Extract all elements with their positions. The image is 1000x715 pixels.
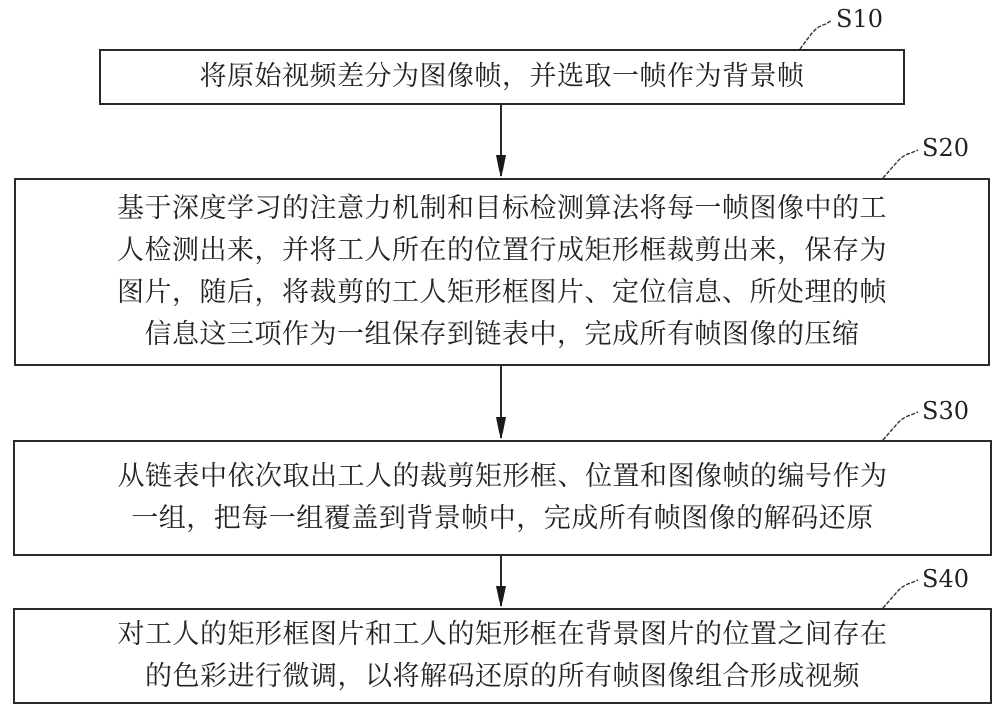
step-text-s10: 将原始视频差分为图像帧，并选取一帧作为背景帧 [200,56,805,98]
step-text-line: 人检测出来，并将工人所在的位置行成矩形框裁剪出来，保存为 [117,230,887,272]
step-box-s20: 基于深度学习的注意力机制和目标检测算法将每一帧图像中的工 人检测出来，并将工人所… [14,178,990,366]
step-box-s40: 对工人的矩形框图片和工人的矩形框在背景图片的位置之间存在 的色彩进行微调，以将解… [13,608,992,704]
step-text-line: 信息这三项作为一组保存到链表中，完成所有帧图像的压缩 [117,314,887,356]
leader-line-s20 [883,150,918,178]
step-text-s20: 基于深度学习的注意力机制和目标检测算法将每一帧图像中的工 人检测出来，并将工人所… [117,188,887,356]
arrow-s20-to-s30 [496,366,506,439]
step-label-s20: S20 [922,136,969,160]
leader-line-s30 [883,412,918,440]
step-box-s30: 从链表中依次取出工人的裁剪矩形框、位置和图像帧的编号作为 一组，把每一组覆盖到背… [13,440,992,556]
arrow-s10-to-s20 [496,105,506,177]
leader-line-s10 [800,20,832,49]
step-label-s40: S40 [922,567,969,591]
step-label-s10: S10 [836,7,883,31]
step-text-line: 从链表中依次取出工人的裁剪矩形框、位置和图像帧的编号作为 [118,456,888,498]
flowchart-canvas: S10 S20 S30 S40 将原始视频差分为图像帧，并选取一帧作为背景帧 基… [0,0,1000,715]
step-text-line: 的色彩进行微调，以将解码还原的所有帧图像组合形成视频 [118,656,888,698]
arrow-s30-to-s40 [496,556,506,607]
step-text-line: 将原始视频差分为图像帧，并选取一帧作为背景帧 [200,56,805,98]
step-text-line: 图片，随后，将裁剪的工人矩形框图片、定位信息、所处理的帧 [117,272,887,314]
step-text-line: 一组，把每一组覆盖到背景帧中，完成所有帧图像的解码还原 [118,498,888,540]
step-label-s30: S30 [922,399,969,423]
leader-line-s40 [883,580,918,608]
step-box-s10: 将原始视频差分为图像帧，并选取一帧作为背景帧 [99,49,905,105]
step-text-line: 对工人的矩形框图片和工人的矩形框在背景图片的位置之间存在 [118,614,888,656]
step-text-s40: 对工人的矩形框图片和工人的矩形框在背景图片的位置之间存在 的色彩进行微调，以将解… [118,614,888,698]
step-text-s30: 从链表中依次取出工人的裁剪矩形框、位置和图像帧的编号作为 一组，把每一组覆盖到背… [118,456,888,540]
step-text-line: 基于深度学习的注意力机制和目标检测算法将每一帧图像中的工 [117,188,887,230]
